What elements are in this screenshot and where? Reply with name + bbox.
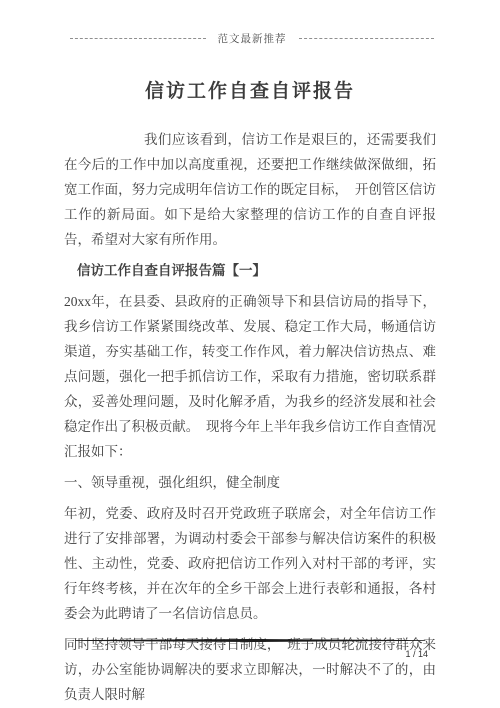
page-header: 范文最新推荐 [70, 31, 434, 46]
document-body: 我们应该看到，信访工作是艰巨的，还需要我们在今后的工作中加以高度重视，还要把工作… [64, 127, 436, 708]
paragraph-heading-one: 一、领导重视，强化组织，健全制度 [64, 470, 436, 495]
header-dashed-rule-right [299, 38, 435, 39]
paragraph-reception: 同时坚持领导干部每天接待日制度， 班子成员轮流接待群众来访，办公室能协调解决的要… [64, 632, 436, 707]
document-page: 范文最新推荐 信访工作自查自评报告 我们应该看到，信访工作是艰巨的，还需要我们在… [0, 0, 500, 708]
paragraph-intro: 我们应该看到，信访工作是艰巨的，还需要我们在今后的工作中加以高度重视，还要把工作… [64, 127, 436, 252]
paragraph-overview: 20xx年，在县委、县政府的正确领导下和县信访局的指导下，我乡信访工作紧紧围绕改… [64, 289, 436, 464]
header-badge-text: 范文最新推荐 [218, 31, 287, 46]
paragraph-leadership: 年初，党委、政府及时召开党政班子联席会，对全年信访工作进行了安排部署，为调动村委… [64, 501, 436, 626]
header-dashed-rule-left [70, 38, 206, 39]
page-number-indicator: 1 / 14 [405, 649, 428, 659]
paragraph-section-subtitle: 信访工作自查自评报告篇【一】 [64, 258, 436, 283]
document-title: 信访工作自查自评报告 [0, 76, 500, 103]
